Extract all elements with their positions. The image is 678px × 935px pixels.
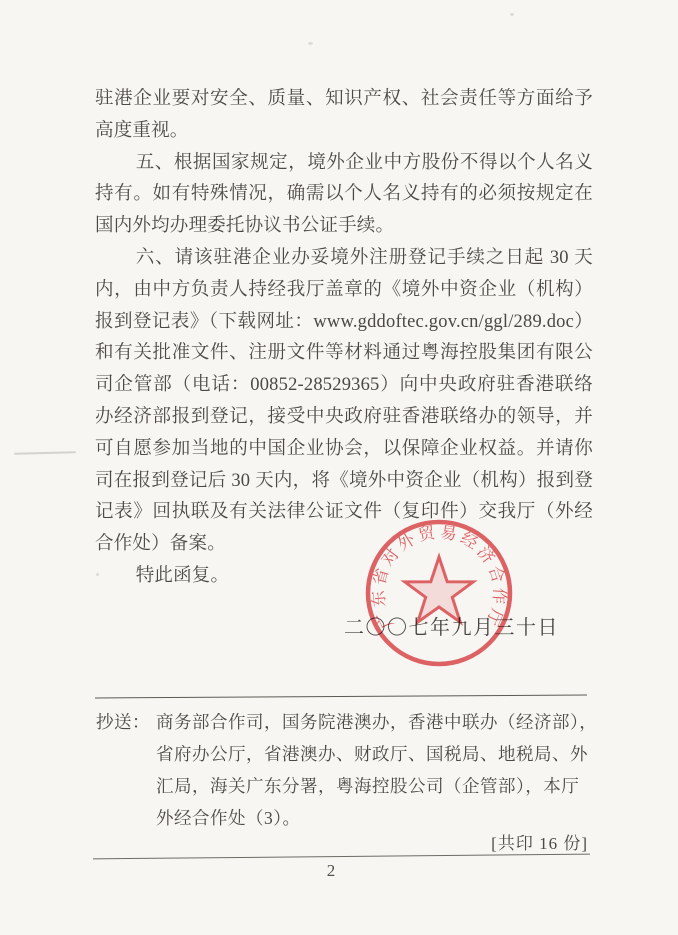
official-seal-stamp: 广东省对外贸易经济合作厅	[356, 510, 522, 676]
scanned-letter-page: 驻港企业要对安全、质量、知识产权、社会责任等方面给予高度重视。 五、根据国家规定…	[0, 0, 678, 935]
footer-divider-line	[93, 854, 590, 860]
seal-graphic: 广东省对外贸易经济合作厅	[356, 510, 522, 676]
cc-line: 商务部合作司，国务院港澳办，香港中联办（经济部），	[156, 706, 597, 738]
cc-line: 汇局，海关广东分署，粤海控股公司（企管部），本厅	[156, 770, 597, 802]
cc-block: 抄送： 商务部合作司，国务院港澳办，香港中联办（经济部）， 省府办公厅，省港澳办…	[96, 706, 597, 834]
scan-speck	[96, 573, 99, 576]
fold-mark	[14, 451, 76, 455]
cc-divider-line	[95, 694, 587, 698]
body-paragraph: 五、根据国家规定，境外企业中方股份不得以个人名义持有。如有特殊情况，确需以个人名…	[95, 148, 593, 243]
page-number: 2	[0, 861, 662, 881]
scan-speck	[510, 13, 514, 16]
body-paragraph: 驻港企业要对安全、质量、知识产权、社会责任等方面给予高度重视。	[95, 84, 593, 148]
print-count-note: [共印 16 份]	[491, 829, 588, 854]
cc-line: 省府办公厅，省港澳办、财政厅、国税局、地税局、外	[156, 738, 597, 770]
scan-speck	[308, 42, 313, 45]
cc-label: 抄送：	[96, 706, 150, 738]
cc-list: 商务部合作司，国务院港澳办，香港中联办（经济部）， 省府办公厅，省港澳办、财政厅…	[156, 706, 597, 834]
seal-star-icon	[405, 557, 473, 622]
